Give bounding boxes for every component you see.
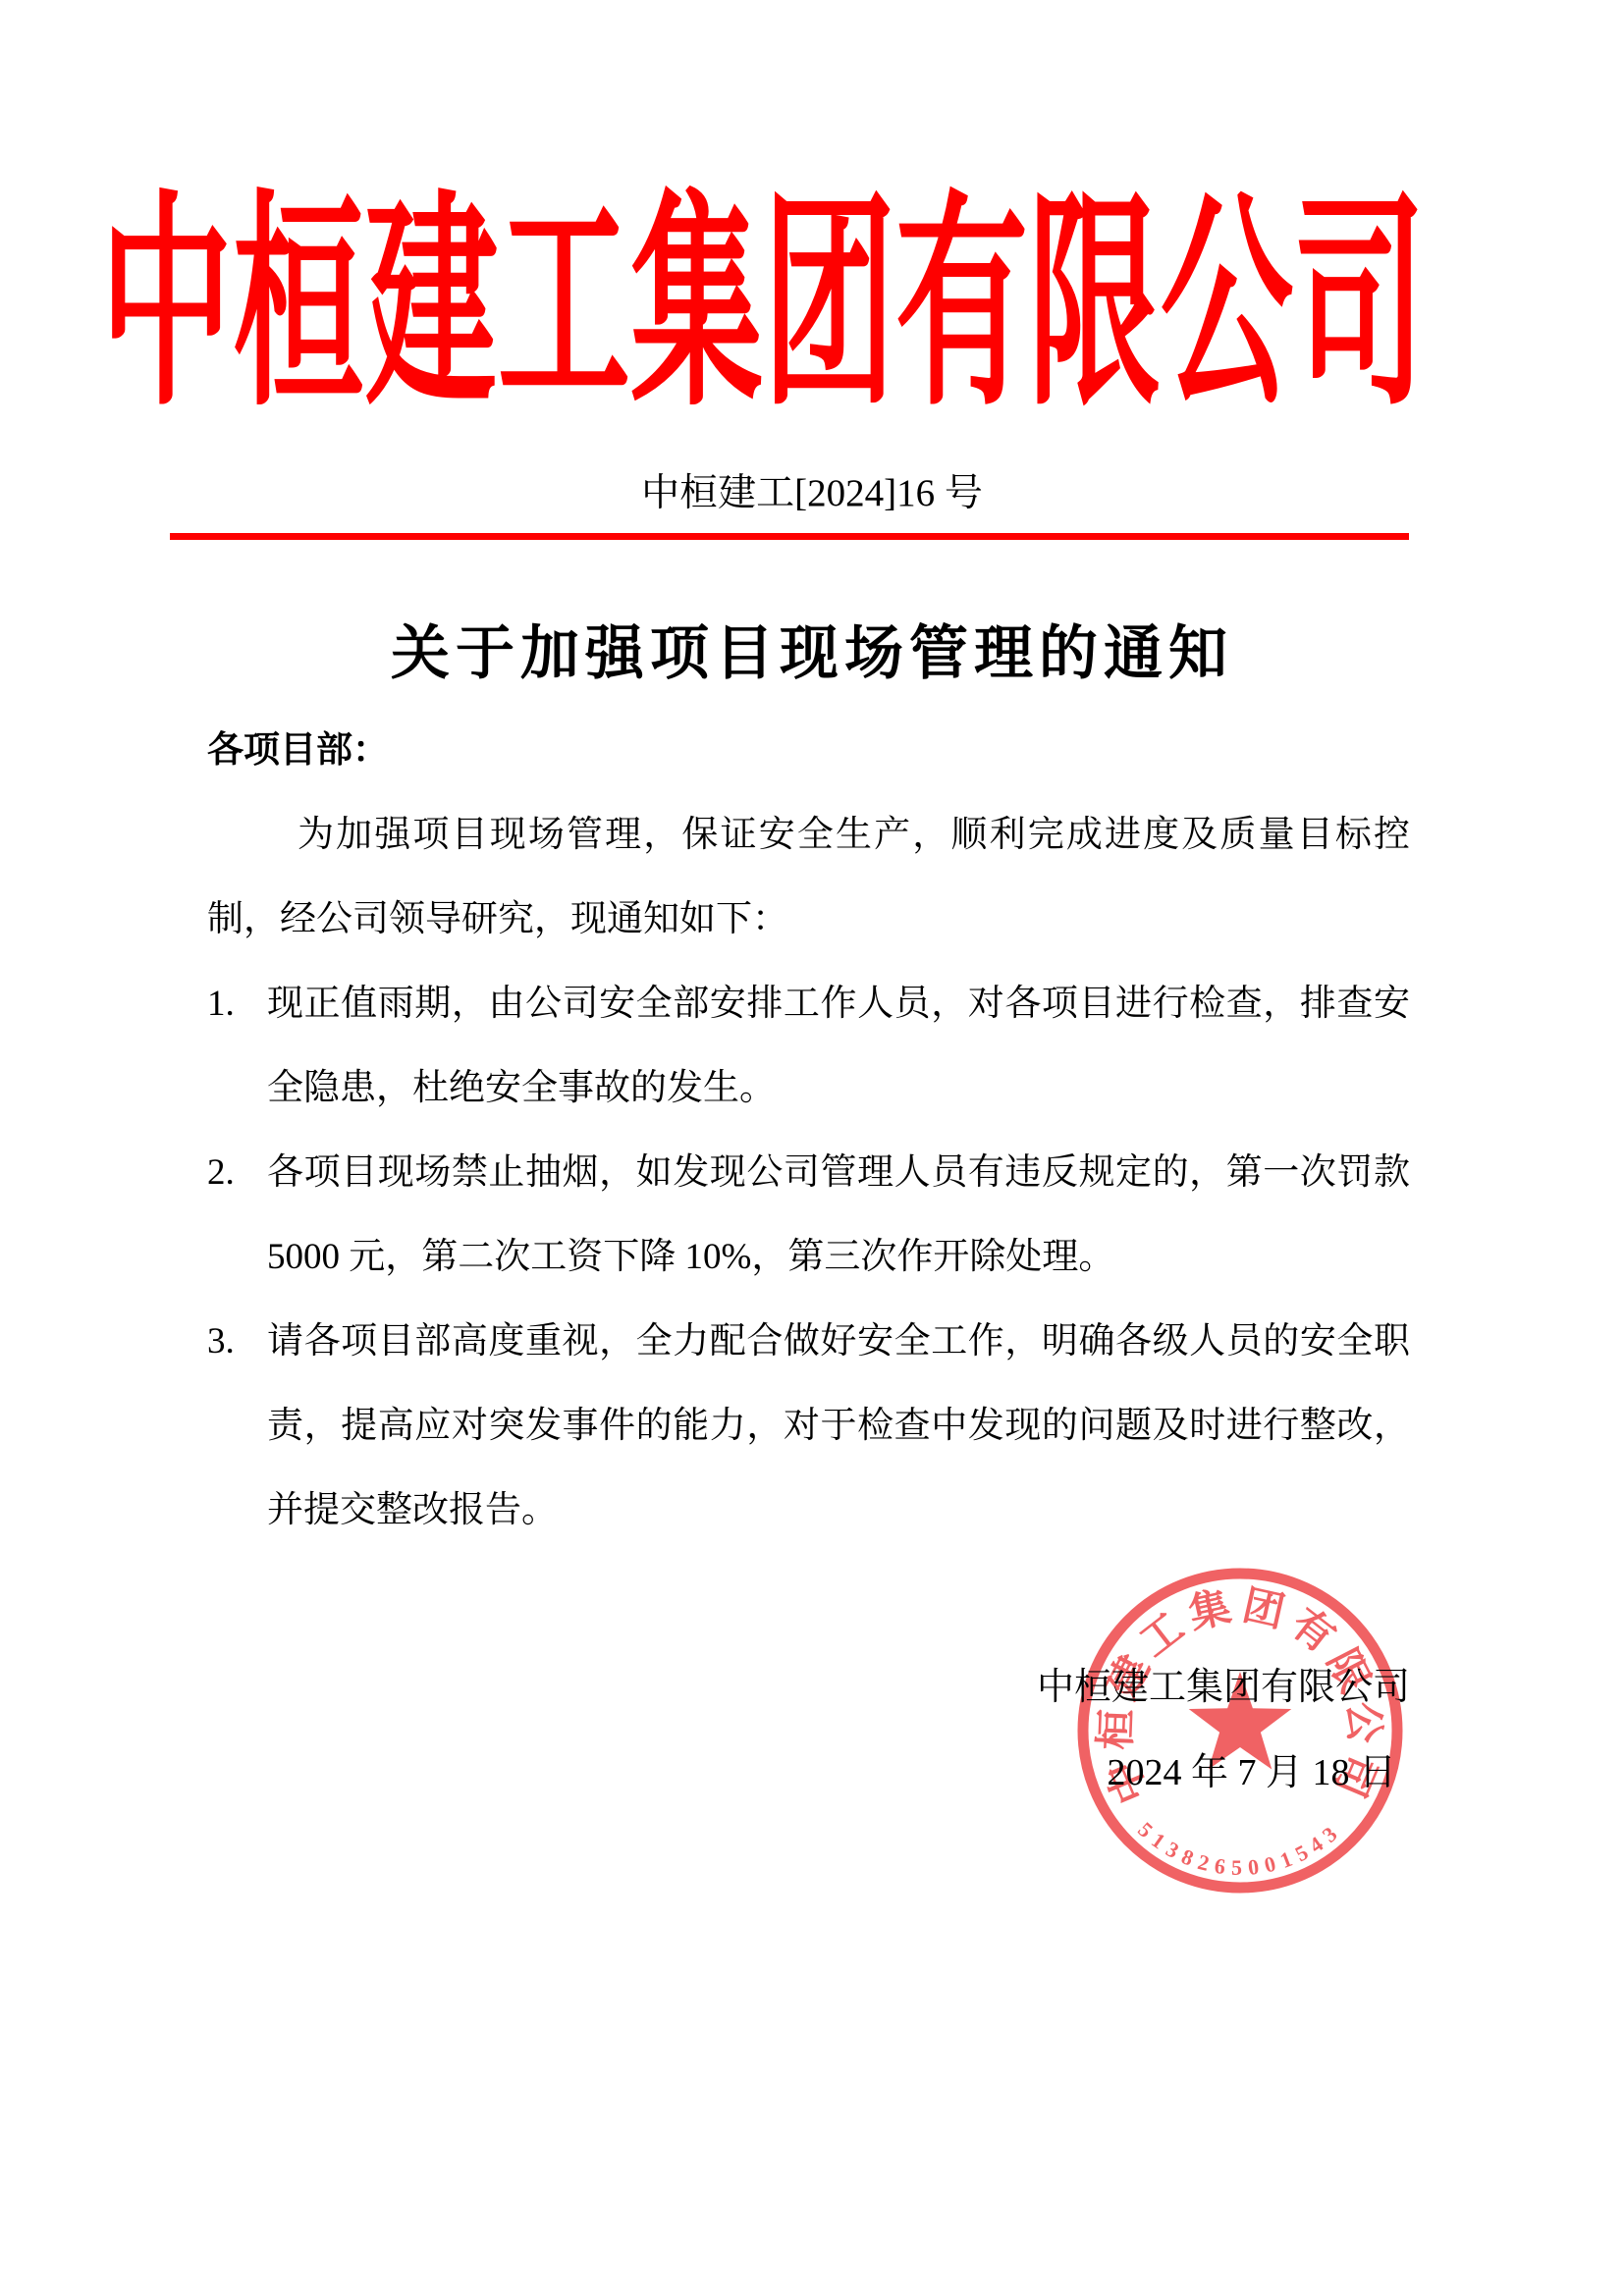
item-text: 各项目现场禁止抽烟，如发现公司管理人员有违反规定的，第一次罚款 5000 元，第… bbox=[267, 1131, 1410, 1300]
list-item: 2. 各项目现场禁止抽烟，如发现公司管理人员有违反规定的，第一次罚款 5000 … bbox=[207, 1131, 1410, 1300]
item-number: 3. bbox=[207, 1300, 267, 1553]
list-item: 3. 请各项目部高度重视，全力配合做好安全工作，明确各级人员的安全职责，提高应对… bbox=[207, 1300, 1410, 1553]
intro-paragraph: 为加强项目现场管理，保证安全生产，顺利完成进度及质量目标控制，经公司领导研究，现… bbox=[207, 793, 1410, 962]
company-seal: 中桓建工集团有限公司 5138265001543 bbox=[1072, 1563, 1408, 1898]
item-text: 请各项目部高度重视，全力配合做好安全工作，明确各级人员的安全职责，提高应对突发事… bbox=[267, 1300, 1410, 1553]
seal-star bbox=[1189, 1672, 1292, 1770]
letterhead-company-title: 中桓建工集团有限公司 bbox=[32, 192, 1494, 421]
document-number: 中桓建工[2024]16 号 bbox=[0, 471, 1624, 516]
item-text: 现正值雨期，由公司安全部安排工作人员，对各项目进行检查，排查安全隐患，杜绝安全事… bbox=[267, 962, 1410, 1131]
notice-body: 各项目部： 为加强项目现场管理，保证安全生产，顺利完成进度及质量目标控制，经公司… bbox=[207, 709, 1410, 1553]
item-number: 2. bbox=[207, 1131, 267, 1300]
list-item: 1. 现正值雨期，由公司安全部安排工作人员，对各项目进行检查，排查安全隐患，杜绝… bbox=[207, 962, 1410, 1131]
red-separator-rule bbox=[170, 533, 1409, 540]
notice-document-page: 中桓建工集团有限公司 中桓建工[2024]16 号 关于加强项目现场管理的通知 … bbox=[0, 0, 1624, 2296]
notice-title: 关于加强项目现场管理的通知 bbox=[0, 618, 1624, 689]
salutation: 各项目部： bbox=[207, 709, 1410, 793]
item-number: 1. bbox=[207, 962, 267, 1131]
